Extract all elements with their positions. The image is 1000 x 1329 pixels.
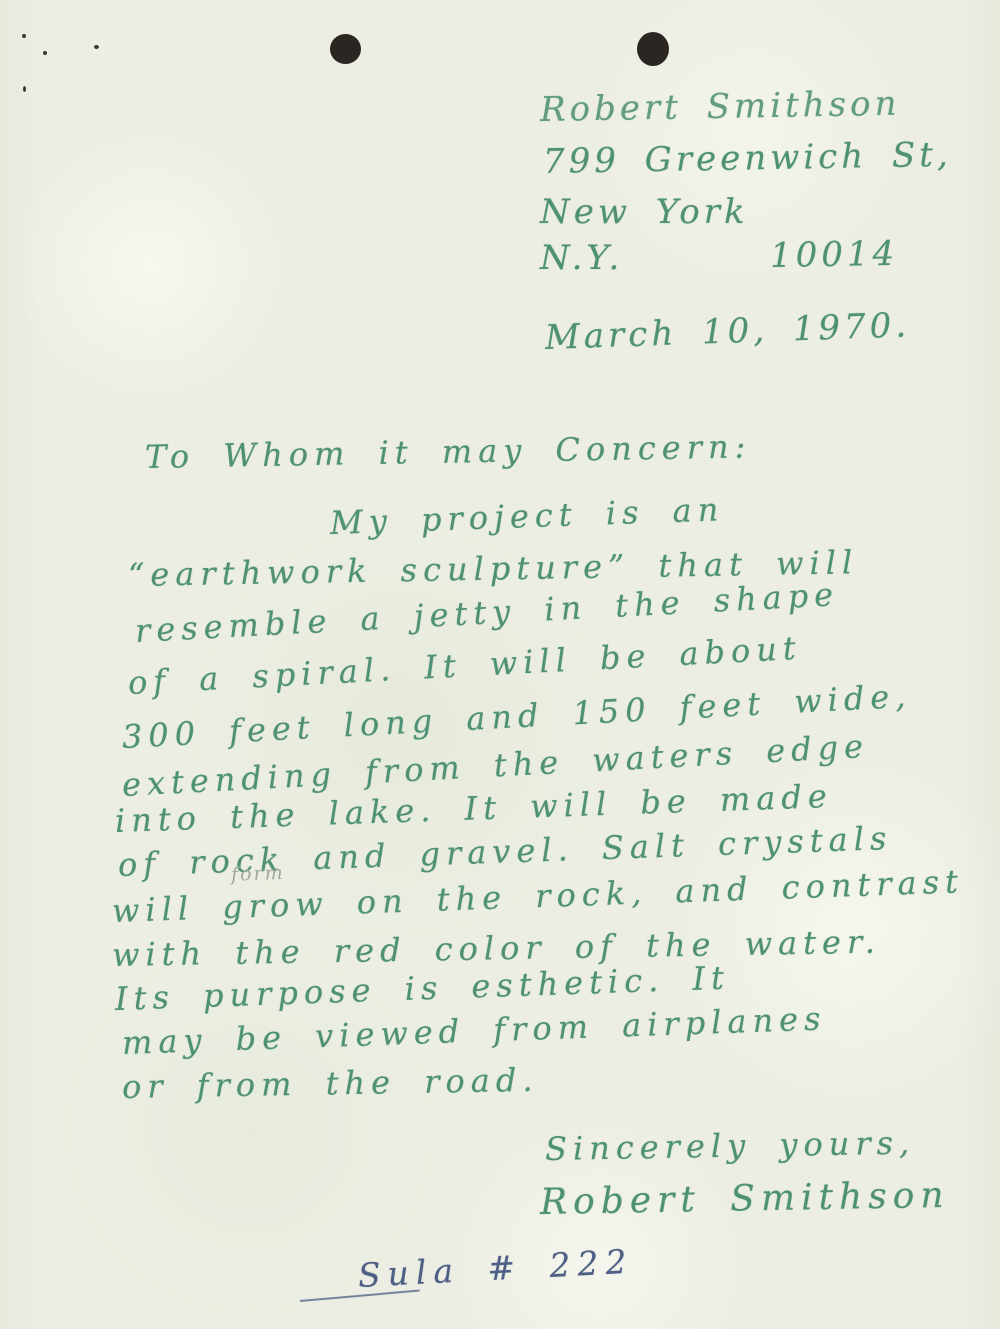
body-line-text: grow xyxy=(222,884,330,926)
body-line: or from the road. xyxy=(122,1061,539,1106)
sender-zip: 10014 xyxy=(770,234,899,276)
letter-date: March 10, 1970. xyxy=(544,305,910,358)
ink-speck xyxy=(23,86,26,92)
ink-speck xyxy=(22,34,26,38)
body-line-text: will xyxy=(111,889,194,930)
pencil-annotation: form xyxy=(231,862,285,886)
sender-name: Robert Smithson xyxy=(540,84,901,130)
ink-speck xyxy=(43,51,47,55)
body-line: will growform on the rock, and contrast xyxy=(111,862,964,930)
salutation: To Whom it may Concern: xyxy=(145,427,752,476)
hole-punch-mark xyxy=(330,34,361,64)
hole-punch-mark xyxy=(637,32,669,66)
letter-page: Robert Smithson 799 Greenwich St, New Yo… xyxy=(0,0,1000,1329)
catalog-annotation: Sula # 222 xyxy=(357,1242,634,1295)
sender-state: N.Y. xyxy=(540,238,623,278)
signature: Robert Smithson xyxy=(540,1175,950,1223)
valediction: Sincerely yours, xyxy=(545,1124,916,1168)
annotated-word: growform xyxy=(222,884,330,926)
sender-city: New York xyxy=(540,192,749,232)
ink-speck xyxy=(94,45,99,49)
body-line: My project is an xyxy=(329,490,724,542)
sender-street: 799 Greenwich St, xyxy=(543,135,952,182)
